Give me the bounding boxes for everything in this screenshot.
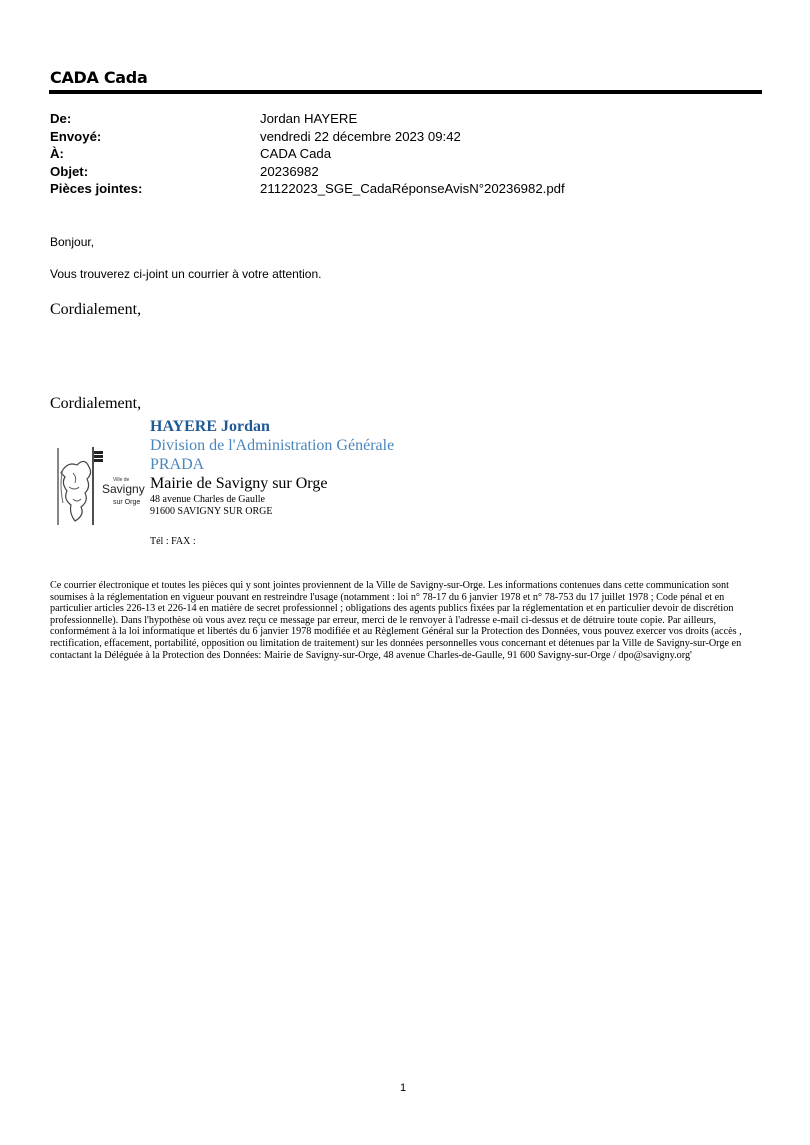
signature-phone-fax: Tél : FAX : — [150, 536, 394, 547]
signature-organization: Mairie de Savigny sur Orge — [150, 474, 394, 494]
legal-disclaimer: Ce courrier électronique et toutes les p… — [50, 580, 765, 661]
title-divider — [49, 90, 762, 94]
page-number: 1 — [400, 1082, 406, 1094]
header-label: Pièces jointes: — [50, 180, 142, 198]
signature-unit: PRADA — [150, 456, 394, 474]
lion-coat-of-arms-icon: Ville de Savigny sur Orge — [55, 443, 145, 528]
header-value-to: CADA Cada — [260, 145, 331, 163]
header-label: Envoyé: — [50, 128, 101, 146]
greeting: Bonjour, — [50, 235, 94, 249]
logo-text-main: Savigny — [102, 482, 145, 496]
logo-text-sub: sur Orge — [113, 499, 140, 506]
header-value-sent: vendredi 22 décembre 2023 09:42 — [260, 128, 461, 146]
header-label: À: — [50, 145, 64, 163]
header-value-from: Jordan HAYERE — [260, 110, 357, 128]
closing-text: Cordialement, — [50, 301, 141, 319]
message-text: Vous trouverez ci-joint un courrier à vo… — [50, 267, 321, 281]
signature-closing-text: Cordialement, — [50, 395, 141, 413]
header-label: De: — [50, 110, 71, 128]
savigny-logo: Ville de Savigny sur Orge — [55, 443, 145, 528]
signature-name: HAYERE Jordan — [150, 418, 394, 436]
signature-address-line-2: 91600 SAVIGNY SUR ORGE — [150, 506, 394, 518]
header-label: Objet: — [50, 163, 88, 181]
attachment-filename: 21122023_SGE_CadaRéponseAvisN°20236982.p… — [260, 180, 565, 198]
signature-address-line-1: 48 avenue Charles de Gaulle — [150, 494, 394, 506]
signature-division: Division de l'Administration Générale — [150, 436, 394, 456]
header-value-subject: 20236982 — [260, 163, 319, 181]
page-title: CADA Cada — [50, 68, 147, 87]
signature-block: HAYERE Jordan Division de l'Administrati… — [150, 418, 394, 547]
